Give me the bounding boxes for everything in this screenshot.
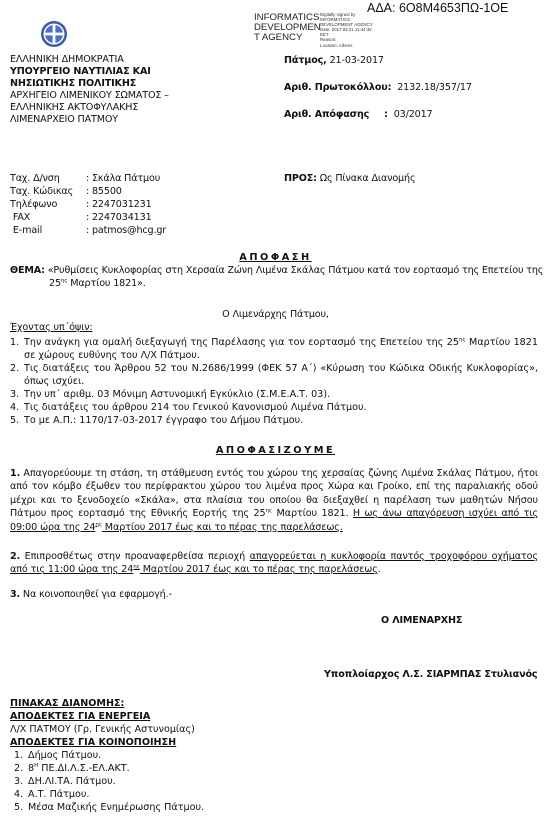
item-number: 4. [10, 401, 19, 414]
item-text: ΠΕ.ΔΙ.Λ.Σ.-ΕΛ.ΑΚΤ. [38, 763, 129, 774]
decision-value: 03/2017 [394, 109, 433, 120]
notify-recipient: 3.ΔΗ.ΛΙ.ΤΑ. Πάτμου. [14, 775, 116, 788]
item-number: 1. [10, 336, 19, 349]
protocol-label: Αριθ. Πρωτοκόλλου: [284, 82, 391, 93]
address-label: Ταχ. Δ/νση [10, 173, 60, 185]
decision-sep: : [384, 109, 388, 120]
article-1: 1. Απαγορεύουμε τη στάση, τη στάθμευση ε… [10, 467, 538, 534]
article-number: 3. [10, 589, 20, 600]
action-recipients-title: ΑΠΟΔΕΚΤΕΣ ΓΙΑ ΕΝΕΡΓΕΙΑ [10, 710, 150, 723]
notify-recipient: 1.Δήμος Πάτμου. [14, 749, 101, 762]
item-text: Δήμος Πάτμου. [28, 750, 101, 761]
item-number: 2. [10, 362, 19, 375]
subject: ΘΕΜΑ: «Ρυθμίσεις Κυκλοφορίας στη Χερσαία… [10, 265, 543, 277]
article-underlined-text: Μαρτίου 2017 έως και το πέρας της παρελά… [140, 564, 378, 575]
article-text: Επιπροσθέτως στην προαναφερθείσα περιοχή [20, 551, 249, 562]
authority-line: Ο Λιμενάρχης Πάτμου, [0, 309, 551, 321]
email-value: : patmos@hcg.gr [86, 225, 166, 237]
item-text: Τις διατάξεις του Άρθρου 52 του Ν.2686/1… [24, 362, 538, 388]
item-text: Τις διατάξεις του άρθρου 214 του Γενικού… [24, 401, 538, 414]
issuer-header: ΕΛΛΗΝΙΚΗ ΔΗΜΟΚΡΑΤΙΑ ΥΠΟΥΡΓΕΙΟ ΝΑΥΤΙΛΙΑΣ … [10, 54, 169, 126]
fax-value: : 2247034131 [86, 212, 152, 224]
phone-value: : 2247031231 [86, 199, 152, 211]
item-number: 5. [14, 801, 28, 814]
considering-label: Έχοντας υπ΄όψιν: [10, 322, 92, 334]
decision-title: ΑΠΟΦΑΣΗ [0, 252, 551, 263]
item-text-part: Τις διατάξεις του άρθρου 214 του Γενικού… [24, 402, 367, 413]
address-value: : Σκάλα Πάτμου [86, 173, 160, 185]
subject-text: 25 [49, 278, 61, 289]
item-text: Μέσα Μαζικής Ενημέρωσης Πάτμου. [28, 802, 204, 813]
protocol-number: Αριθ. Πρωτοκόλλου: 2132.18/357/17 [284, 82, 472, 94]
subject-line-1: «Ρυθμίσεις Κυκλοφορίας στη Χερσαία Ζώνη … [48, 265, 544, 276]
decision-number: Αριθ. Απόφασης : 03/2017 [284, 109, 433, 121]
notify-recipients-title: ΑΠΟΔΕΚΤΕΣ ΓΙΑ ΚΟΙΝΟΠΟΙΗΣΗ [10, 736, 176, 749]
article-text: Να κοινοποιηθεί για εφαρμογή.- [20, 589, 172, 600]
item-number: 4. [14, 788, 28, 801]
article-underlined-text: Μαρτίου 2017 έως και το πέρας της παρελά… [102, 522, 343, 533]
sig-org-line: T AGENCY [254, 33, 321, 43]
header-line: ΑΡΧΗΓΕΙΟ ΛΙΜΕΝΙΚΟΥ ΣΩΜΑΤΟΣ – [10, 90, 169, 102]
item-text: Α.Τ. Πάτμου. [28, 789, 89, 800]
notify-recipient: 4.Α.Τ. Πάτμου. [14, 788, 89, 801]
header-line: ΥΠΟΥΡΓΕΙΟ ΝΑΥΤΙΛΙΑΣ ΚΑΙ [10, 66, 169, 78]
article-text: . [378, 564, 381, 575]
article-text: Μαρτίου 1821. [272, 508, 353, 519]
item-text-part: Το με Α.Π.: 1170/17-03-2017 έγγραφο του … [24, 415, 303, 426]
phone-label: Τηλέφωνο [10, 199, 57, 211]
article-number: 2. [10, 551, 20, 562]
fax-label: FAX [10, 212, 30, 224]
header-line: ΝΗΣΙΩΤΙΚΗΣ ΠΟΛΙΤΙΚΗΣ [10, 78, 169, 90]
item-number: 2. [14, 762, 28, 775]
superscript: ης [459, 337, 466, 343]
article-number: 1. [10, 468, 20, 479]
greek-coat-of-arms-icon [40, 20, 68, 48]
protocol-value: 2132.18/357/17 [397, 82, 472, 93]
digital-signature-org: INFORMATICS DEVELOPMEN T AGENCY [254, 13, 321, 43]
recipient: ΠΡΟΣ: Ως Πίνακα Διανομής [284, 173, 415, 185]
notify-recipient: 2.8Η ΠΕ.ΔΙ.Λ.Σ.-ΕΛ.ΑΚΤ. [14, 762, 130, 775]
header-line: ΛΙΜΕΝΑΡΧΕΙΟ ΠΑΤΜΟΥ [10, 114, 169, 126]
signatory-name: Υποπλοίαρχος Λ.Σ. ΣΙΑΡΜΠΑΣ Στυλιανός [324, 669, 537, 681]
date-value: 21-03-2017 [330, 55, 384, 66]
item-text-part: Την ανάγκη για ομαλή διεξαγωγή της Παρέλ… [24, 337, 459, 348]
decision-label: Αριθ. Απόφασης [284, 109, 369, 120]
subject-line-2: 25ης Μαρτίου 1821». [49, 278, 146, 290]
article-2: 2. Επιπροσθέτως στην προαναφερθείσα περι… [10, 550, 538, 577]
item-text: Την ανάγκη για ομαλή διεξαγωγή της Παρέλ… [24, 336, 538, 362]
action-recipient: Λ/Χ ΠΑΤΜΟΥ (Γρ. Γενικής Αστυνομίας) [10, 723, 195, 736]
ada-code: ΑΔΑ: 6Ο8Μ4653ΠΩ-1ΟΕ [367, 1, 508, 15]
recipient-value: Ως Πίνακα Διανομής [320, 173, 416, 184]
signatory-title: Ο ΛΙΜΕΝΑΡΧΗΣ [381, 615, 462, 627]
header-line: ΕΛΛΗΝΙΚΗΣ ΑΚΤΟΦΥΛΑΚΗΣ [10, 102, 169, 114]
item-text: Την υπ΄ αριθμ. 03 Μόνιμη Αστυνομική Εγκύ… [24, 388, 538, 401]
article-3: 3. Να κοινοποιηθεί για εφαρμογή.- [10, 589, 172, 601]
item-text-part: Τις διατάξεις του Άρθρου 52 του Ν.2686/1… [24, 363, 538, 387]
item-text: Το με Α.Π.: 1170/17-03-2017 έγγραφο του … [24, 414, 538, 427]
distribution-title: ΠΙΝΑΚΑΣ ΔΙΑΝΟΜΗΣ: [10, 697, 124, 710]
subject-label: ΘΕΜΑ: [10, 265, 45, 276]
place-label: Πάτμος, [284, 55, 327, 66]
item-text: ΔΗ.ΛΙ.ΤΑ. Πάτμου. [28, 776, 116, 787]
item-number: 3. [10, 388, 19, 401]
sig-detail: Location: Athens [320, 43, 373, 48]
digital-signature-details: Digitally signed by INFORMATICS DEVELOPM… [320, 12, 373, 48]
recipient-label: ΠΡΟΣ: [284, 173, 317, 184]
notify-recipient: 5.Μέσα Μαζικής Ενημέρωσης Πάτμου. [14, 801, 204, 814]
item-text-part: Την υπ΄ αριθμ. 03 Μόνιμη Αστυνομική Εγκύ… [24, 389, 330, 400]
resolution-title: ΑΠΟΦΑΣΙΖΟΥΜΕ [0, 445, 551, 456]
header-line: ΕΛΛΗΝΙΚΗ ΔΗΜΟΚΡΑΤΙΑ [10, 54, 169, 66]
item-number: 3. [14, 775, 28, 788]
document-date: Πάτμος, 21-03-2017 [284, 55, 384, 67]
postcode-value: : 85500 [86, 186, 122, 198]
subject-text: Μαρτίου 1821». [67, 278, 145, 289]
postcode-label: Ταχ. Κώδικας [10, 186, 73, 198]
item-number: 1. [14, 749, 28, 762]
email-label: E-mail [10, 225, 42, 237]
item-number: 5. [10, 414, 19, 427]
